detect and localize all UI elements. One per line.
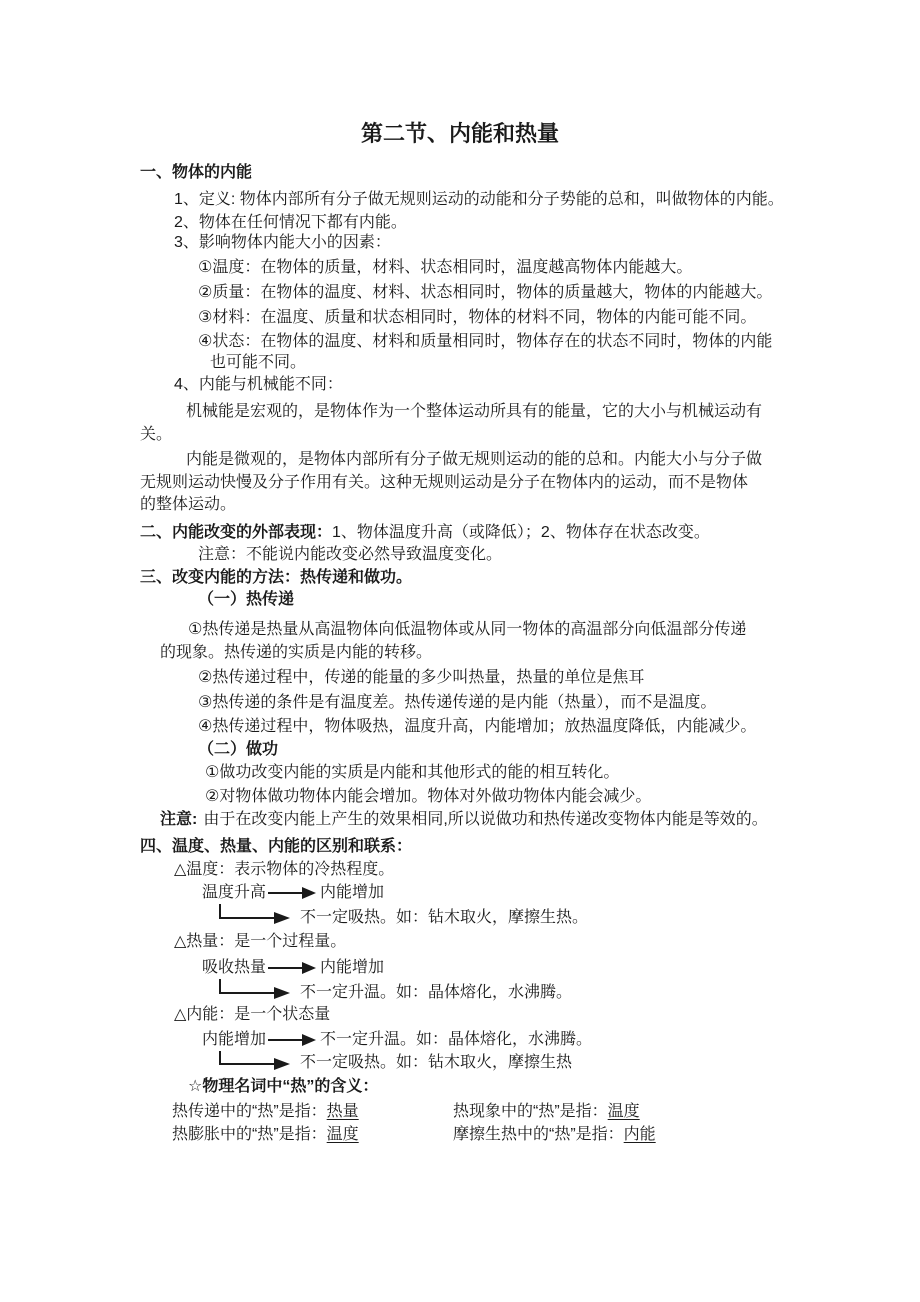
flow2-from: 吸收热量 — [202, 957, 266, 979]
work-p1: ①做功改变内能的实质是内能和其他形式的能的相互转化。 — [205, 762, 619, 784]
mechanical-energy-line-2: 关。 — [140, 424, 172, 446]
factor-state-line: ④状态：在物体的温度、材料和质量相同时，物体存在的状态不同时，物体的内能 — [198, 331, 772, 353]
q3-label: 热膨胀中的“热”是指： — [172, 1126, 327, 1143]
flow1-straight-arrow-icon — [268, 887, 316, 899]
document-page: 第二节、内能和热量 一、物体的内能 1、定义: 物体内部所有分子做无规则运动的动… — [0, 0, 920, 1302]
flow2-alt: 不一定升温。如：晶体熔化，水沸腾。 — [300, 982, 572, 1004]
heat-definition: △热量：是一个过程量。 — [174, 931, 346, 953]
flow3-from: 内能增加 — [202, 1029, 266, 1051]
heat-transfer-p1-line-2: 的现象。热传递的实质是内能的转移。 — [160, 642, 432, 664]
flow2-to: 内能增加 — [320, 957, 384, 979]
internal-energy-line-2: 无规则运动快慢及分子作用有关。这种无规则运动是分子在物体内的运动，而不是物体 — [140, 472, 748, 494]
flow1-to: 内能增加 — [320, 882, 384, 904]
heat-transfer-p3: ③热传递的条件是有温度差。热传递传递的是内能（热量），而不是温度。 — [198, 692, 716, 714]
q4-label: 摩擦生热中的“热”是指： — [453, 1126, 624, 1143]
section-2-heading: 二、内能改变的外部表现： — [140, 524, 332, 541]
note-text: 由于在改变内能上产生的效果相同,所以说做功和热传递改变物体内能是等效的。 — [203, 811, 767, 828]
internal-energy-line-3: 的整体运动。 — [140, 494, 236, 516]
heat-transfer-p2: ②热传递过程中，传递的能量的多少叫热量，热量的单位是焦耳 — [198, 667, 644, 689]
q4-line: 摩擦生热中的“热”是指：内能 — [453, 1124, 656, 1146]
heat-transfer-p4: ④热传递过程中，物体吸热，温度升高，内能增加；放热温度降低，内能减少。 — [198, 716, 756, 738]
q4-answer: 内能 — [624, 1126, 656, 1143]
flow3-straight-arrow-icon — [268, 1034, 316, 1046]
factor-state-wrap-line: 也可能不同。 — [210, 352, 306, 374]
q1-label: 热传递中的“热”是指： — [172, 1103, 327, 1120]
work-p2: ②对物体做功物体内能会增加。物体对外做功物体内能会减少。 — [205, 786, 651, 808]
factor-temperature-line: ①温度：在物体的质量，材料、状态相同时，温度越高物体内能越大。 — [198, 257, 692, 279]
factor-mass-line: ②质量：在物体的温度、材料、状态相同时，物体的质量越大，物体的内能越大。 — [198, 282, 772, 304]
flow1-from: 温度升高 — [202, 882, 266, 904]
star-heading: ☆物理名词中“热”的含义： — [188, 1076, 378, 1098]
section-3-note-line: 注意:由于在改变内能上产生的效果相同,所以说做功和热传递改变物体内能是等效的。 — [160, 809, 768, 831]
flow2-elbow-arrow-icon — [220, 979, 290, 999]
definition-line: 1、定义: 物体内部所有分子做无规则运动的动能和分子势能的总和，叫做物体的内能。 — [174, 189, 784, 211]
section-2-heading-rest: 1、物体温度升高（或降低）；2、物体存在状态改变。 — [332, 524, 710, 541]
q3-answer: 温度 — [327, 1126, 359, 1143]
q1-answer: 热量 — [327, 1103, 359, 1120]
internal-energy-definition: △内能：是一个状态量 — [174, 1004, 330, 1026]
mechanical-energy-line-1: 机械能是宏观的，是物体作为一个整体运动所具有的能量，它的大小与机械运动有 — [186, 401, 762, 423]
heat-transfer-subheading: （一）热传递 — [198, 589, 294, 611]
factor-material-line: ③材料：在温度、质量和状态相同时，物体的材料不同，物体的内能可能不同。 — [198, 307, 756, 329]
work-subheading: （二）做功 — [198, 739, 278, 761]
flow1-elbow-arrow-icon — [220, 904, 290, 924]
flow3-alt: 不一定吸热。如：钻木取火，摩擦生热 — [300, 1052, 572, 1074]
section-1-heading: 一、物体的内能 — [140, 162, 252, 184]
internal-energy-line-1: 内能是微观的，是物体内部所有分子做无规则运动的能的总和。内能大小与分子做 — [186, 449, 762, 471]
note-label: 注意: — [160, 811, 197, 828]
flow3-to: 不一定升温。如：晶体熔化，水沸腾。 — [320, 1029, 592, 1051]
difference-heading: 4、内能与机械能不同： — [174, 374, 343, 396]
flow1-alt: 不一定吸热。如：钻木取火，摩擦生热。 — [300, 907, 588, 929]
q2-line: 热现象中的“热”是指：温度 — [453, 1101, 640, 1123]
temperature-definition: △温度：表示物体的冷热程度。 — [174, 859, 394, 881]
q2-answer: 温度 — [608, 1103, 640, 1120]
q1-line: 热传递中的“热”是指：热量 — [172, 1101, 359, 1123]
section-2-note: 注意：不能说内能改变必然导致温度变化。 — [198, 544, 502, 566]
section-3-heading: 三、改变内能的方法：热传递和做功。 — [140, 567, 412, 589]
section-4-heading: 四、温度、热量、内能的区别和联系： — [140, 836, 412, 858]
heat-transfer-p1-line-1: ①热传递是热量从高温物体向低温物体或从同一物体的高温部分向低温部分传递 — [188, 619, 746, 641]
doc-title: 第二节、内能和热量 — [0, 119, 920, 149]
section-2-heading-line: 二、内能改变的外部表现：1、物体温度升高（或降低）；2、物体存在状态改变。 — [140, 522, 710, 544]
factors-heading: 3、影响物体内能大小的因素： — [174, 232, 391, 254]
always-has-energy-line: 2、物体在任何情况下都有内能。 — [174, 212, 407, 234]
q2-label: 热现象中的“热”是指： — [453, 1103, 608, 1120]
flow2-straight-arrow-icon — [268, 962, 316, 974]
q3-line: 热膨胀中的“热”是指：温度 — [172, 1124, 359, 1146]
flow3-elbow-arrow-icon — [220, 1051, 290, 1070]
